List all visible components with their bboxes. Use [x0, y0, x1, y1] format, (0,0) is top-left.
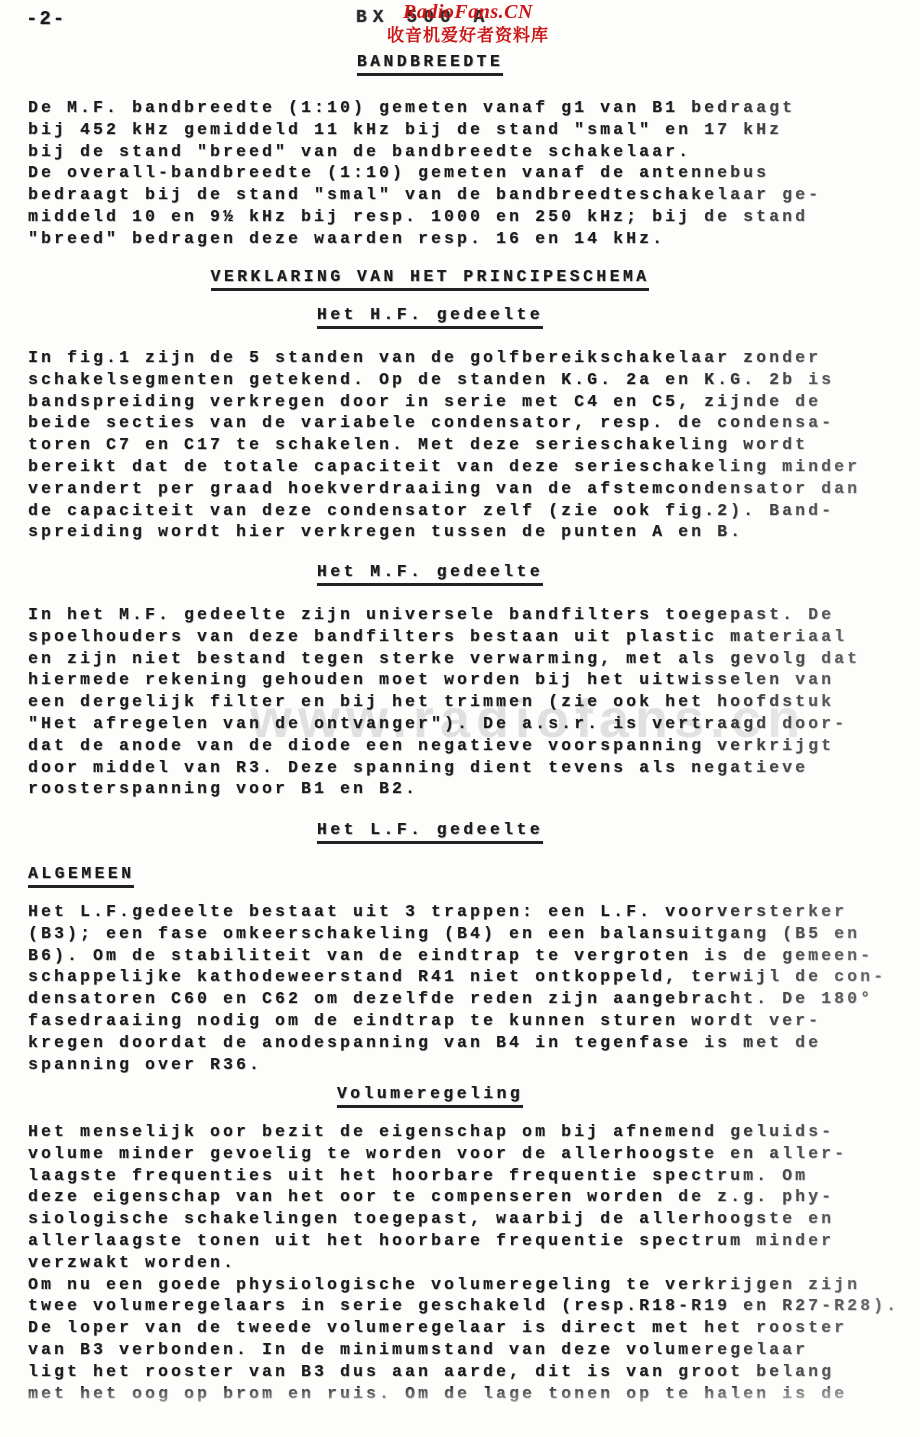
- text-line: De overall-bandbreedte (1:10) gemeten va…: [28, 162, 908, 184]
- text-line: de capaciteit van deze condensator zelf …: [28, 500, 908, 522]
- text-line: Het L.F.gedeelte bestaat uit 3 trappen: …: [28, 901, 908, 923]
- text-line: In het M.F. gedeelte zijn universele ban…: [28, 604, 908, 626]
- section-title-verklaring: VERKLARING VAN HET PRINCIPESCHEMA: [0, 267, 860, 291]
- subsection-title-hf: Het H.F. gedeelte: [0, 305, 860, 329]
- text-line: bandspreiding verkregen door in serie me…: [28, 391, 908, 413]
- subsection-title-lf: Het L.F. gedeelte: [0, 820, 860, 844]
- text-line: B6). Om de stabiliteit van de eindtrap t…: [28, 945, 908, 967]
- text-line: Om nu een goede physiologische volumereg…: [28, 1274, 908, 1296]
- text-line: met het oog op brom en ruis. Om de lage …: [28, 1383, 908, 1405]
- page-content: -2- BX 500 A RadioFans.CN 收音机爱好者资料库 BAND…: [0, 0, 920, 1437]
- text-line: verzwakt worden.: [28, 1252, 908, 1274]
- text-line: roosterspanning voor B1 en B2.: [28, 778, 908, 800]
- subsection-title-mf: Het M.F. gedeelte: [0, 562, 860, 586]
- text-line: Het menselijk oor bezit de eigenschap om…: [28, 1121, 908, 1143]
- paragraph-bandbreedte: De M.F. bandbreedte (1:10) gemeten vanaf…: [28, 97, 908, 250]
- text-line: allerlaagste tonen uit het hoorbare freq…: [28, 1230, 908, 1252]
- text-line: van B3 verbonden. In de minimumstand van…: [28, 1339, 908, 1361]
- text-line: spoelhouders van deze bandfilters bestaa…: [28, 626, 908, 648]
- text-line: De loper van de tweede volumeregelaar is…: [28, 1317, 908, 1339]
- section-title-bandbreedte: BANDBREEDTE: [0, 52, 860, 76]
- text-line: hiermede rekening gehouden moet worden b…: [28, 669, 908, 691]
- text-line: bereikt dat de totale capaciteit van dez…: [28, 456, 908, 478]
- paragraph-volumeregeling: Het menselijk oor bezit de eigenschap om…: [28, 1121, 908, 1404]
- text-line: De M.F. bandbreedte (1:10) gemeten vanaf…: [28, 97, 908, 119]
- text-line: en zijn niet bestand tegen sterke verwar…: [28, 648, 908, 670]
- text-line: middeld 10 en 9½ kHz bij resp. 1000 en 2…: [28, 206, 908, 228]
- text-line: een dergelijk filter en bij het trimmen …: [28, 691, 908, 713]
- text-line: beide secties van de variabele condensat…: [28, 412, 908, 434]
- text-line: bedraagt bij de stand "smal" van de band…: [28, 184, 908, 206]
- text-line: bij de stand "breed" van de bandbreedte …: [28, 141, 908, 163]
- text-line: schappelijke kathodeweerstand R41 niet o…: [28, 966, 908, 988]
- paragraph-hf: In fig.1 zijn de 5 standen van de golfbe…: [28, 347, 908, 543]
- text-line: In fig.1 zijn de 5 standen van de golfbe…: [28, 347, 908, 369]
- text-line: (B3); een fase omkeerschakeling (B4) en …: [28, 923, 908, 945]
- heading-algemeen: ALGEMEEN: [28, 864, 134, 888]
- text-line: dat de anode van de diode een negatieve …: [28, 735, 908, 757]
- text-line: fasedraaiing nodig om de eindtrap te kun…: [28, 1010, 908, 1032]
- text-line: ligt het rooster van B3 dus aan aarde, d…: [28, 1361, 908, 1383]
- text-line: door middel van R3. Deze spanning dient …: [28, 757, 908, 779]
- page-number: -2-: [26, 8, 66, 30]
- scanned-manual-page: www.radiofans.cn -2- BX 500 A RadioFans.…: [0, 0, 920, 1437]
- text-line: laagste frequenties uit het hoorbare fre…: [28, 1165, 908, 1187]
- paragraph-mf: In het M.F. gedeelte zijn universele ban…: [28, 604, 908, 800]
- text-line: verandert per graad hoekverdraaiing van …: [28, 478, 908, 500]
- paragraph-lf-algemeen: Het L.F.gedeelte bestaat uit 3 trappen: …: [28, 901, 908, 1075]
- text-line: twee volumeregelaars in serie geschakeld…: [28, 1295, 908, 1317]
- text-line: "Het afregelen van de ontvanger"). De a.…: [28, 713, 908, 735]
- text-line: deze eigenschap van het oor te compenser…: [28, 1186, 908, 1208]
- subsection-title-volumeregeling: Volumeregeling: [0, 1084, 860, 1108]
- text-line: spanning over R36.: [28, 1054, 908, 1076]
- radiofans-watermark-line2: 收音机爱好者资料库: [387, 21, 549, 46]
- text-line: toren C7 en C17 te schakelen. Met deze s…: [28, 434, 908, 456]
- text-line: kregen doordat de anodespanning van B4 i…: [28, 1032, 908, 1054]
- text-line: schakelsegmenten getekend. Op de standen…: [28, 369, 908, 391]
- text-line: densatoren C60 en C62 om dezelfde reden …: [28, 988, 908, 1010]
- text-line: siologische schakelingen toegepast, waar…: [28, 1208, 908, 1230]
- text-line: bij 452 kHz gemiddeld 11 kHz bij de stan…: [28, 119, 908, 141]
- text-line: spreiding wordt hier verkregen tussen de…: [28, 521, 908, 543]
- text-line: volume minder gevoelig te worden voor de…: [28, 1143, 908, 1165]
- text-line: "breed" bedragen deze waarden resp. 16 e…: [28, 228, 908, 250]
